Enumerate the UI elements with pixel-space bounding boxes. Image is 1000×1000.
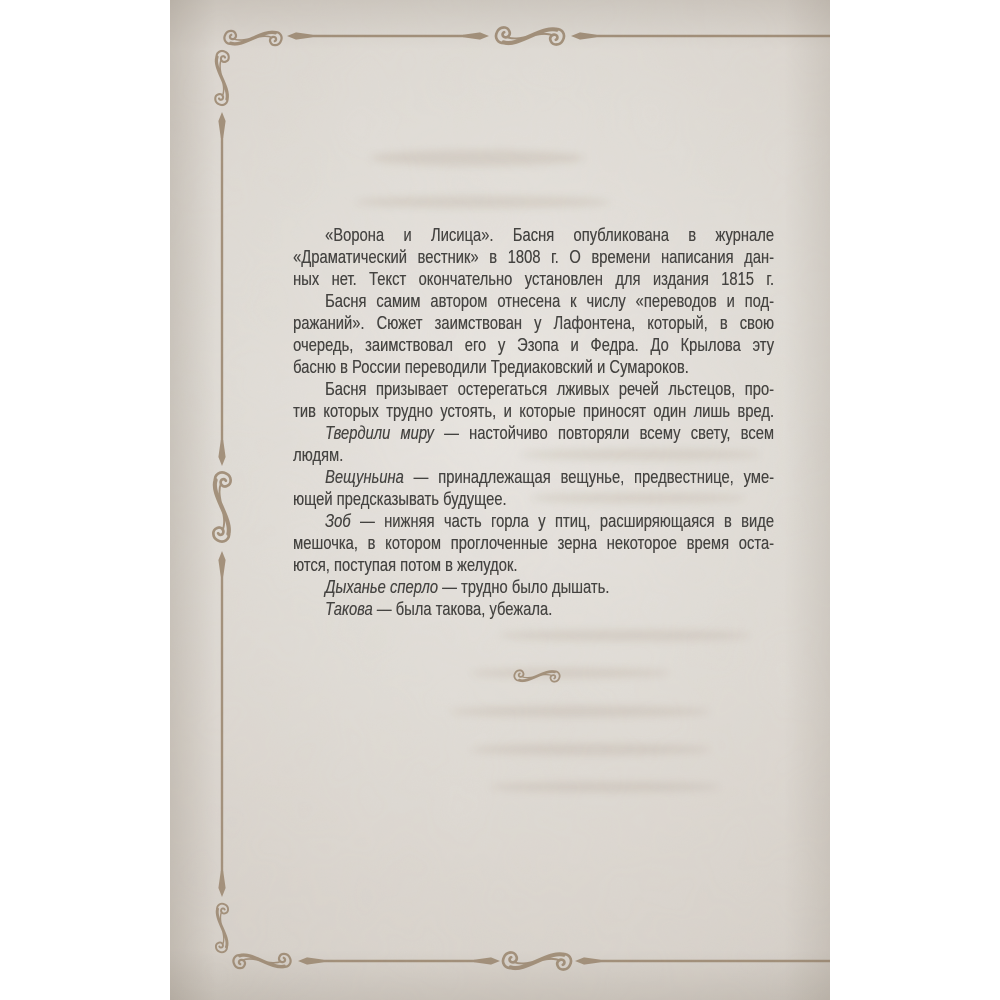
text-line: людям. [293, 444, 774, 466]
border-spear-tip [463, 32, 489, 39]
text-block: «Ворона и Лисица». Басня опубликована в … [293, 224, 774, 620]
corner-flourish-top-left-vertical [215, 51, 229, 105]
text-line: мешочка, в котором проглоченные зерна не… [293, 532, 774, 554]
text-line: Басня призывает остерегаться лживых рече… [293, 378, 774, 400]
corner-flourish-bottom-left-horizontal [233, 954, 290, 968]
text-line: Твердили миру — настойчиво повторяли все… [293, 422, 774, 444]
border-spear-tip [474, 957, 500, 964]
border-spear-tip [218, 112, 225, 138]
text-line: очередь, заимствовал его у Эзопа и Федра… [293, 334, 774, 356]
text-line: Такова — была такова, убежала. [293, 598, 774, 620]
text-line: басню в России переводили Тредиаковский … [293, 356, 774, 378]
border-spear-tip [218, 871, 225, 897]
border-spear-tip [571, 32, 597, 39]
text-line: «Драматический вестник» в 1808 г. О врем… [293, 246, 774, 268]
left-border-mid-flourish [213, 473, 230, 542]
page-scan: «Ворона и Лисица». Басня опубликована в … [170, 0, 830, 1000]
text-line: Басня самим автором отнесена к числу «пе… [293, 290, 774, 312]
end-of-text-divider-flourish [514, 670, 559, 681]
text-line: ющей предсказывать будущее. [293, 488, 774, 510]
corner-flourish-top-left-horizontal [224, 31, 281, 45]
bottom-border-mid-flourish [503, 952, 571, 969]
text-line: ются, поступая потом в желудок. [293, 554, 774, 576]
text-line: «Ворона и Лисица». Басня опубликована в … [293, 224, 774, 246]
top-border-mid-flourish [496, 27, 564, 44]
border-spear-tip [298, 957, 324, 964]
corner-flourish-bottom-left-vertical [216, 904, 228, 953]
text-line: Вещуньина — принадлежащая вещунье, предв… [293, 466, 774, 488]
text-line: ражаний». Сюжет заимствован у Лафонтена,… [293, 312, 774, 334]
text-line: Зоб — нижняя часть горла у птиц, расширя… [293, 510, 774, 532]
border-spear-tip [218, 551, 225, 577]
text-line: ных нет. Текст окончательно установлен д… [293, 268, 774, 290]
text-line: тив которых трудно устоять, и которые пр… [293, 400, 774, 422]
border-spear-tip [218, 440, 225, 466]
text-line: Дыханье сперло — трудно было дышать. [293, 576, 774, 598]
border-spear-tip [287, 32, 313, 39]
border-spear-tip [575, 957, 601, 964]
